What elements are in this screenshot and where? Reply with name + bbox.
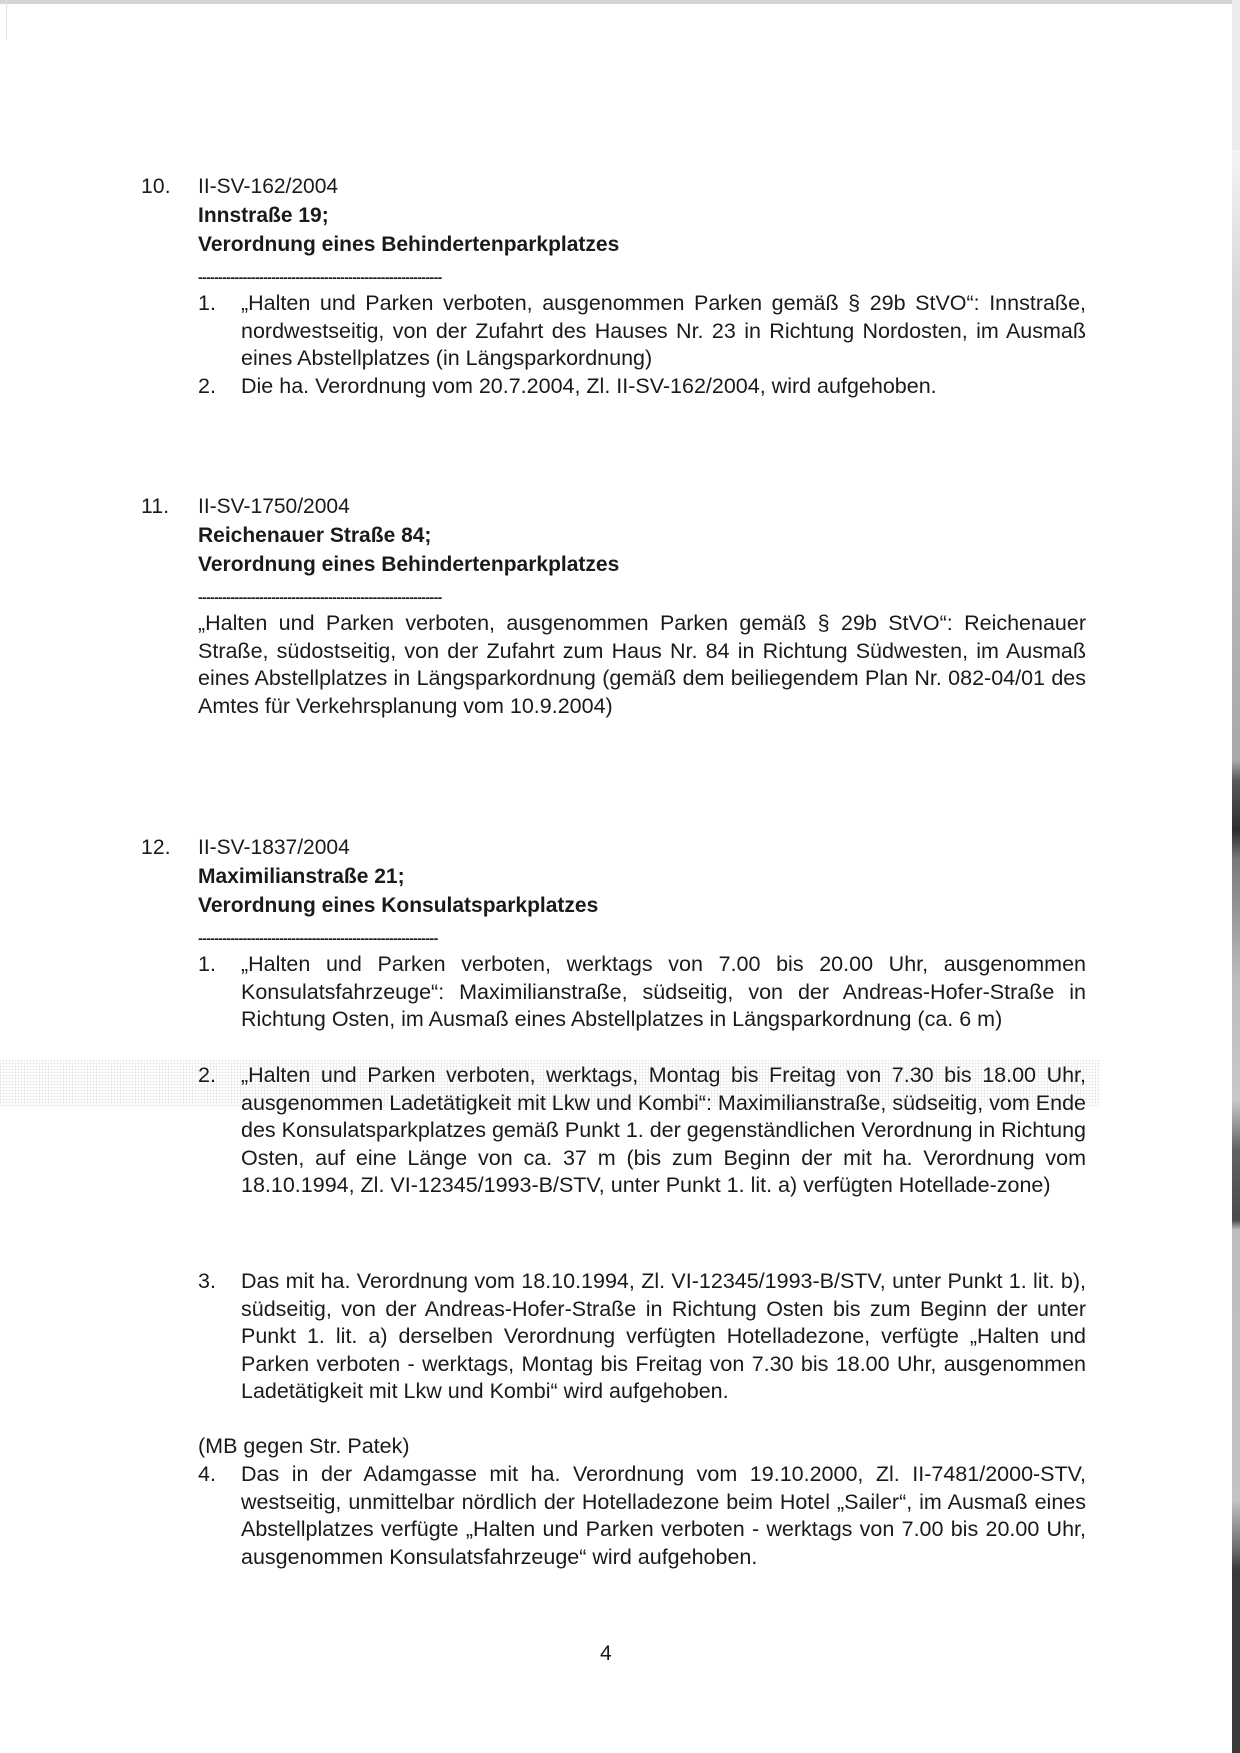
- item-number: 1.: [198, 290, 216, 318]
- item-number: 2.: [198, 1062, 216, 1090]
- entry-reference: II-SV-1750/2004: [198, 495, 350, 519]
- separator: ----------------------------------------…: [198, 272, 442, 282]
- entry-subject: Verordnung eines Behindertenparkplatzes: [198, 553, 619, 577]
- entry-number: 12.: [141, 836, 171, 860]
- item-number: 4.: [198, 1461, 216, 1489]
- list-item: 2. „Halten und Parken verboten, werktags…: [198, 1062, 1086, 1200]
- entry-address: Maximilianstraße 21;: [198, 865, 405, 889]
- item-number: 3.: [198, 1268, 216, 1296]
- entry-address: Innstraße 19;: [198, 204, 329, 228]
- scan-edge-left: [6, 0, 7, 40]
- entry-reference: II-SV-1837/2004: [198, 836, 350, 860]
- page-number: 4: [600, 1642, 612, 1666]
- entry-subject: Verordnung eines Behindertenparkplatzes: [198, 233, 619, 257]
- entry-address: Reichenauer Straße 84;: [198, 524, 431, 548]
- item-text: „Halten und Parken verboten, werktags vo…: [241, 951, 1086, 1034]
- entry-subject: Verordnung eines Konsulatsparkplatzes: [198, 894, 598, 918]
- entry-body: „Halten und Parken verboten, ausgenommen…: [198, 610, 1086, 720]
- list-item: 2. Die ha. Verordnung vom 20.7.2004, Zl.…: [198, 373, 1086, 401]
- item-text: Die ha. Verordnung vom 20.7.2004, Zl. II…: [241, 373, 1086, 401]
- item-number: 2.: [198, 373, 216, 401]
- entry-reference: II-SV-162/2004: [198, 175, 338, 199]
- list-item: 1. „Halten und Parken verboten, ausgenom…: [198, 290, 1086, 373]
- separator: ----------------------------------------…: [198, 592, 442, 602]
- item-text: Das mit ha. Verordnung vom 18.10.1994, Z…: [241, 1268, 1086, 1406]
- item-number: 1.: [198, 951, 216, 979]
- entry-note: (MB gegen Str. Patek): [198, 1433, 410, 1461]
- item-text: Das in der Adamgasse mit ha. Verordnung …: [241, 1461, 1086, 1571]
- item-text: „Halten und Parken verboten, werktags, M…: [241, 1062, 1086, 1200]
- entry-number: 10.: [141, 175, 171, 199]
- scan-edge-top: [0, 0, 1240, 4]
- separator: ----------------------------------------…: [198, 933, 438, 943]
- list-item: 4. Das in der Adamgasse mit ha. Verordnu…: [198, 1461, 1086, 1571]
- entry-number: 11.: [141, 495, 169, 519]
- list-item: 3. Das mit ha. Verordnung vom 18.10.1994…: [198, 1268, 1086, 1406]
- scan-edge-right: [1232, 0, 1240, 1753]
- list-item: 1. „Halten und Parken verboten, werktags…: [198, 951, 1086, 1034]
- item-text: „Halten und Parken verboten, ausgenommen…: [241, 290, 1086, 373]
